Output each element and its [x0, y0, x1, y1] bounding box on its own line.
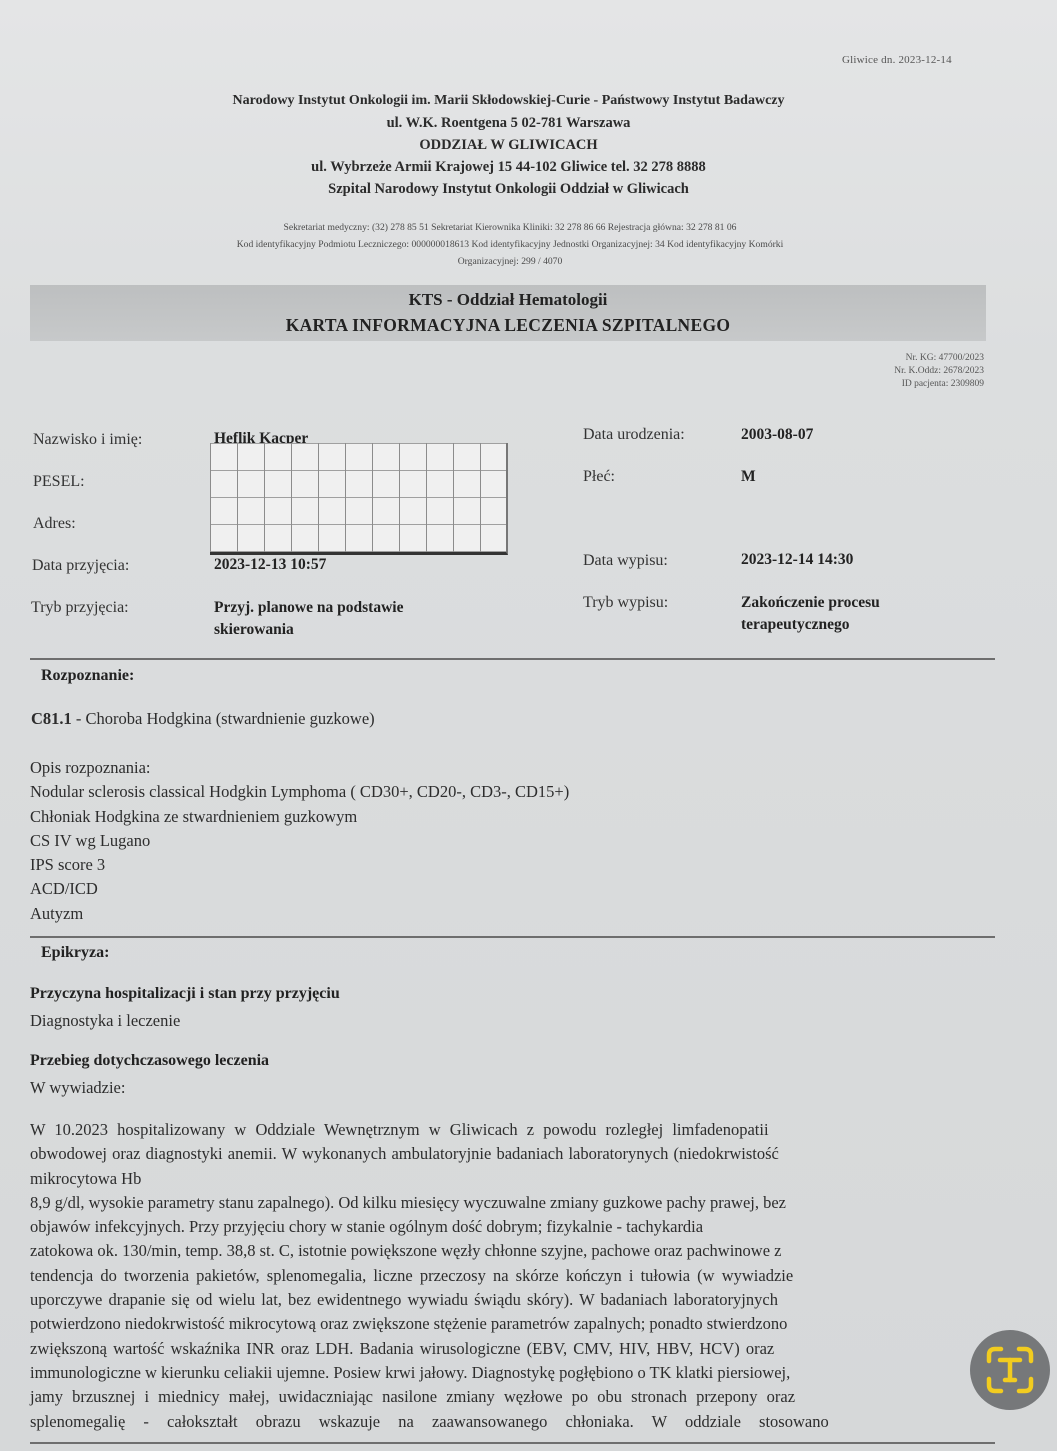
paragraph-line: uporczywe drapanie się od wielu lat, bez…	[30, 1288, 982, 1312]
address-label: Adres:	[33, 515, 76, 533]
divider-line	[30, 1442, 995, 1444]
paragraph-line: obwodowej oraz diagnostyki anemii. W wyk…	[30, 1142, 982, 1166]
text-scan-button[interactable]	[970, 1330, 1050, 1410]
diagnosis-line: Nodular sclerosis classical Hodgkin Lymp…	[30, 780, 569, 804]
paragraph-line: zwiększoną wartość wskaźnika INR oraz LD…	[30, 1337, 982, 1361]
contact-phones: Sekretariat medyczny: (32) 278 85 51 Sek…	[60, 219, 960, 236]
sex-value: M	[741, 466, 756, 488]
paragraph-line: zatokowa ok. 130/min, temp. 38,8 st. C, …	[30, 1239, 982, 1263]
paragraph-line: 8,9 g/dl, wysokie parametry stanu zapaln…	[30, 1191, 982, 1215]
nr-kg: Nr. KG: 47700/2023	[800, 352, 984, 365]
birth-date-value: 2003-08-07	[741, 424, 813, 446]
sex-label: Płeć:	[583, 468, 615, 486]
discharge-mode-line-2: terapeutycznego	[741, 614, 880, 636]
department-title: KTS - Oddział Hematologii	[30, 285, 986, 313]
pesel-label: PESEL:	[33, 473, 85, 491]
patient-id: ID pacjenta: 2309809	[800, 378, 984, 391]
diagnosis-line: Chłoniak Hodgkina ze stwardnieniem guzko…	[30, 805, 569, 829]
text-scan-icon	[983, 1343, 1037, 1397]
nr-koddz: Nr. K.Oddz: 2678/2023	[800, 365, 984, 378]
course-heading: Przebieg dotychczasowego leczenia	[30, 1052, 269, 1070]
diagnosis-line: IPS score 3	[30, 853, 569, 877]
discharge-mode-line-1: Zakończenie procesu	[741, 592, 880, 614]
paragraph-line: tendencja do tworzenia pakietów, splenom…	[30, 1264, 982, 1288]
icd-description: - Choroba Hodgkina (stwardnienie guzkowe…	[72, 709, 375, 728]
epicrisis-title: Epikryza:	[41, 944, 109, 962]
discharge-mode-value: Zakończenie procesu terapeutycznego	[741, 592, 880, 636]
document-title-band: KTS - Oddział Hematologii KARTA INFORMAC…	[30, 285, 986, 341]
institution-address: ul. W.K. Roentgena 5 02-781 Warszawa	[0, 112, 1017, 134]
contact-info: Sekretariat medyczny: (32) 278 85 51 Sek…	[60, 219, 960, 270]
admission-date-value: 2023-12-13 10:57	[214, 554, 326, 576]
admission-mode-line-2: skierowania	[214, 619, 403, 641]
diagnosis-description: Opis rozpoznania: Nodular sclerosis clas…	[30, 756, 569, 926]
history-label: W wywiadzie:	[30, 1076, 125, 1100]
divider-line	[30, 658, 995, 660]
admission-mode-line-1: Przyj. planowe na podstawie	[214, 597, 403, 619]
institution-header: Narodowy Instytut Onkologii im. Marii Sk…	[0, 90, 1017, 200]
institution-name: Narodowy Instytut Onkologii im. Marii Sk…	[0, 90, 1017, 112]
diagnosis-title: Rozpoznanie:	[41, 667, 134, 685]
branch-name: ODDZIAŁ W GLIWICACH	[0, 134, 1017, 156]
admission-mode-label: Tryb przyjęcia:	[31, 599, 129, 617]
document-page: Gliwice dn. 2023-12-14 Narodowy Instytut…	[0, 0, 1057, 1451]
place-date: Gliwice dn. 2023-12-14	[842, 54, 952, 66]
paragraph-line: immunologiczne w kierunku celiakii ujemn…	[30, 1361, 982, 1385]
paragraph-line: potwierdzono niedokrwistość mikrocytową …	[30, 1312, 982, 1336]
diagnosis-line: Autyzm	[30, 902, 569, 926]
paragraph-line: objawów infekcyjnych. Przy przyjęciu cho…	[30, 1215, 982, 1239]
admission-mode-value: Przyj. planowe na podstawie skierowania	[214, 597, 403, 641]
birth-date-label: Data urodzenia:	[583, 426, 685, 444]
divider-line	[30, 936, 995, 938]
paragraph-line: W 10.2023 hospitalizowany w Oddziale Wew…	[30, 1118, 982, 1142]
reason-heading: Przyczyna hospitalizacji i stan przy prz…	[30, 985, 340, 1003]
paragraph-line: jamy brzusznej i miednicy małej, uwidacz…	[30, 1385, 982, 1409]
name-label: Nazwisko i imię:	[33, 431, 142, 449]
discharge-mode-label: Tryb wypisu:	[583, 594, 668, 612]
icd-code: C81.1	[31, 709, 72, 728]
reason-text: Diagnostyka i leczenie	[30, 1009, 180, 1033]
redaction-grid	[210, 443, 508, 555]
record-ids: Nr. KG: 47700/2023 Nr. K.Oddz: 2678/2023…	[800, 352, 984, 391]
hospital-name: Szpital Narodowy Instytut Onkologii Oddz…	[0, 178, 1017, 200]
branch-address: ul. Wybrzeże Armii Krajowej 15 44-102 Gl…	[0, 156, 1017, 178]
diagnosis-line: ACD/ICD	[30, 877, 569, 901]
diagnosis-line: CS IV wg Lugano	[30, 829, 569, 853]
identification-codes: Kod identyfikacyjny Podmiotu Leczniczego…	[60, 236, 960, 253]
diagnosis-code-line: C81.1 - Choroba Hodgkina (stwardnienie g…	[31, 707, 375, 731]
identification-codes-cont: Organizacyjnej: 299 / 4070	[60, 253, 960, 270]
discharge-date-label: Data wypisu:	[583, 552, 668, 570]
card-title: KARTA INFORMACYJNA LECZENIA SZPITALNEGO	[30, 313, 986, 337]
paragraph-line: splenomegalię - całokształt obrazu wskaz…	[30, 1410, 982, 1434]
admission-date-label: Data przyjęcia:	[32, 557, 129, 575]
history-paragraph: W 10.2023 hospitalizowany w Oddziale Wew…	[30, 1118, 982, 1434]
paragraph-line: mikrocytowa Hb	[30, 1167, 982, 1191]
discharge-date-value: 2023-12-14 14:30	[741, 549, 853, 571]
description-label: Opis rozpoznania:	[30, 756, 569, 780]
